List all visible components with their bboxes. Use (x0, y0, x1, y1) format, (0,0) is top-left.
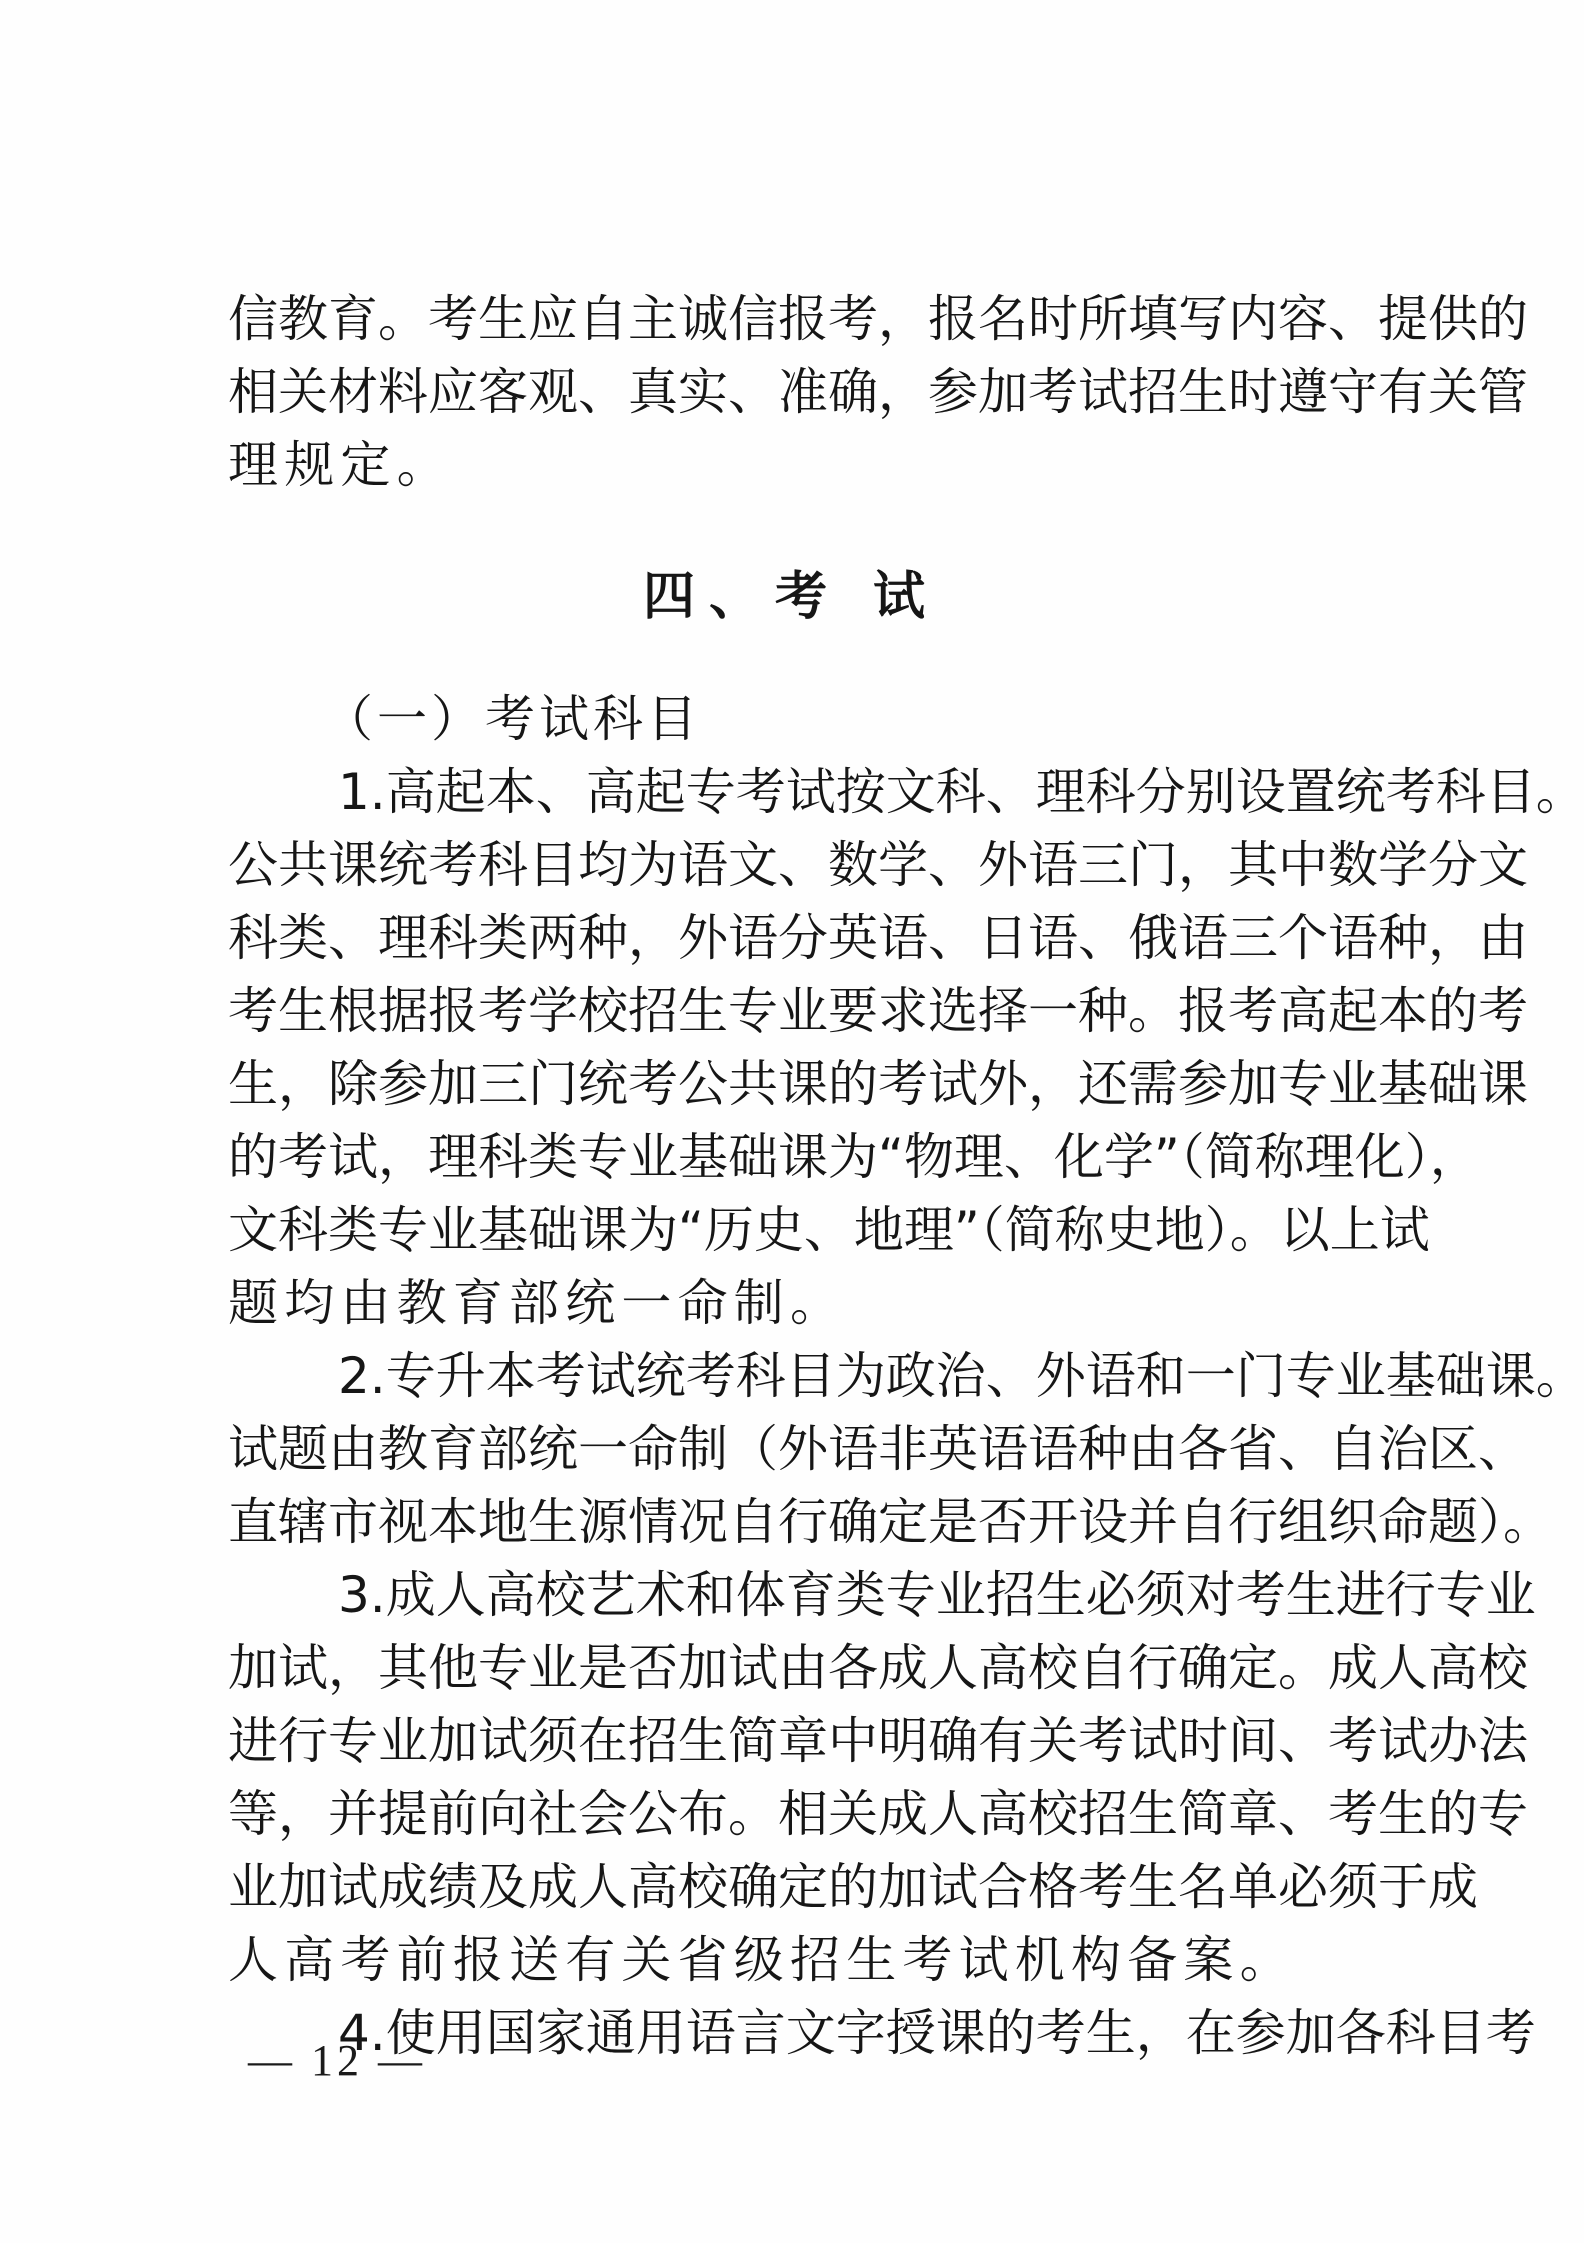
page-content: 信教育。考生应自主诚信报考，报名时所填写内容、提供的 相关材料应客观、真实、准确… (228, 283, 1354, 2070)
paragraph-line: 信教育。考生应自主诚信报考，报名时所填写内容、提供的 (228, 283, 1354, 356)
paragraph-line: 生，除参加三门统考公共课的考试外，还需参加专业基础课 (228, 1048, 1354, 1121)
paragraph-line: 公共课统考科目均为语文、数学、外语三门，其中数学分文 (228, 829, 1354, 902)
paragraph-line: 等，并提前向社会公布。相关成人高校招生简章、考生的专 (228, 1778, 1354, 1851)
document-page: 信教育。考生应自主诚信报考，报名时所填写内容、提供的 相关材料应客观、真实、准确… (0, 0, 1584, 2243)
paragraph-line: 直辖市视本地生源情况自行确定是否开设并自行组织命题）。 (228, 1486, 1354, 1559)
paragraph-line: 3.成人高校艺术和体育类专业招生必须对考生进行专业 (228, 1559, 1354, 1632)
paragraph-line: 人高考前报送有关省级招生考试机构备案。 (228, 1924, 1354, 1997)
paragraph-line: 理规定。 (228, 429, 1354, 502)
item-2-paragraph: 2.专升本考试统考科目为政治、外语和一门专业基础课。 试题由教育部统一命制（外语… (228, 1340, 1354, 1559)
paragraph-line: 进行专业加试须在招生简章中明确有关考试时间、考试办法 (228, 1705, 1354, 1778)
paragraph-line: 1.高起本、高起专考试按文科、理科分别设置统考科目。 (228, 756, 1354, 829)
paragraph-line: 相关材料应客观、真实、准确，参加考试招生时遵守有关管 (228, 356, 1354, 429)
paragraph-line: 的考试，理科类专业基础课为“物理、化学”（简称理化）， (228, 1121, 1354, 1194)
item-1-paragraph: 1.高起本、高起专考试按文科、理科分别设置统考科目。 公共课统考科目均为语文、数… (228, 756, 1354, 1340)
paragraph-line: 加试，其他专业是否加试由各成人高校自行确定。成人高校 (228, 1632, 1354, 1705)
paragraph-line: 考生根据报考学校招生专业要求选择一种。报考高起本的考 (228, 975, 1354, 1048)
paragraph-line: 业加试成绩及成人高校确定的加试合格考生名单必须于成 (228, 1851, 1354, 1924)
item-3-paragraph: 3.成人高校艺术和体育类专业招生必须对考生进行专业 加试，其他专业是否加试由各成… (228, 1559, 1354, 1997)
page-number: — 12 — (248, 2035, 426, 2086)
paragraph-line: 题均由教育部统一命制。 (228, 1267, 1354, 1340)
paragraph-line: 试题由教育部统一命制（外语非英语语种由各省、自治区、 (228, 1413, 1354, 1486)
paragraph-line: 2.专升本考试统考科目为政治、外语和一门专业基础课。 (228, 1340, 1354, 1413)
subsection-heading: （一）考试科目 (228, 683, 1354, 756)
section-heading: 四、考 试 (228, 547, 1354, 647)
intro-paragraph: 信教育。考生应自主诚信报考，报名时所填写内容、提供的 相关材料应客观、真实、准确… (228, 283, 1354, 502)
paragraph-line: 科类、理科类两种，外语分英语、日语、俄语三个语种，由 (228, 902, 1354, 975)
paragraph-line: 文科类专业基础课为“历史、地理”（简称史地）。以上试 (228, 1194, 1354, 1267)
